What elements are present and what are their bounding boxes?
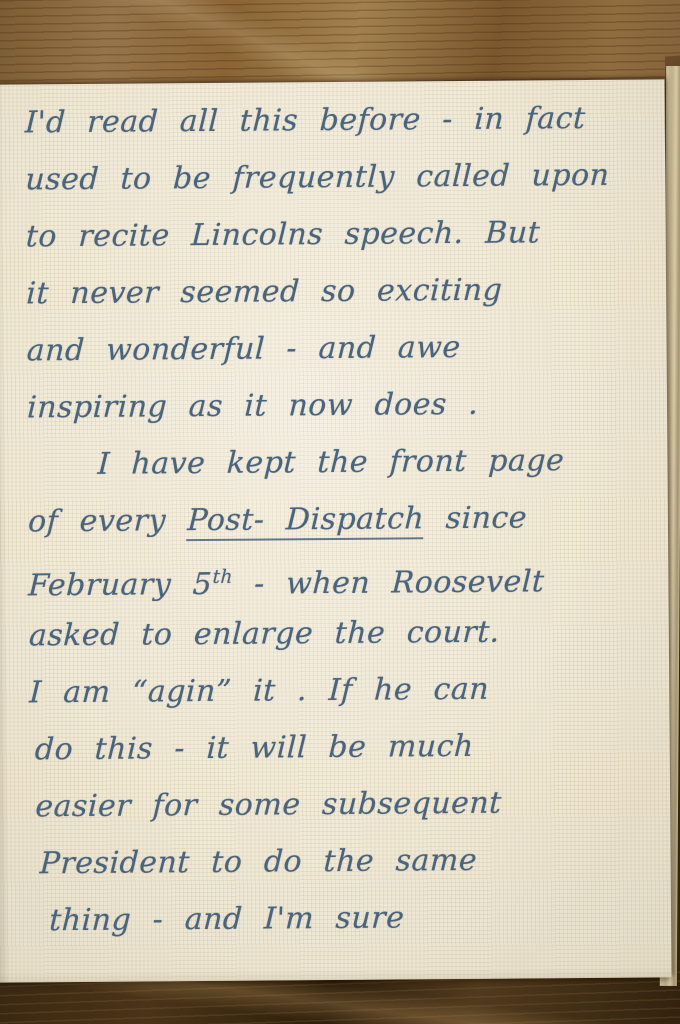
photo-of-diary-page: I'd read all this before - in fact used … xyxy=(0,0,680,1024)
handwriting-line-8: of every Post- Dispatch since xyxy=(27,492,664,554)
line-8-text-after: since xyxy=(424,500,528,536)
handwriting-line-13: easier for some subsequent xyxy=(29,777,666,839)
line-9-text-after: - when Roosevelt xyxy=(232,564,545,601)
handwriting-line-10: asked to enlarge the court. xyxy=(28,606,665,668)
handwriting-line-9: February 5th - when Roosevelt xyxy=(27,549,664,611)
handwriting-line-14: President to do the same xyxy=(29,834,666,896)
handwriting-line-7: I have kept the front page xyxy=(26,435,663,497)
notebook-page: I'd read all this before - in fact used … xyxy=(0,79,672,982)
handwritten-text-block: I'd read all this before - in fact used … xyxy=(0,79,672,982)
handwriting-line-12: do this - it will be much xyxy=(28,720,665,782)
line-9-text-before: February 5 xyxy=(27,567,213,603)
handwriting-line-6: inspiring as it now does . xyxy=(26,378,663,440)
handwriting-line-5: and wonderful - and awe xyxy=(25,321,662,383)
handwriting-line-2: used to be frequently called upon xyxy=(24,150,661,212)
ordinal-suffix: th xyxy=(212,567,233,588)
handwriting-line-15: thing - and I'm sure xyxy=(30,891,667,953)
line-8-text-before: of every xyxy=(27,503,188,539)
handwriting-line-3: to recite Lincolns speech. But xyxy=(24,207,661,269)
handwriting-line-1: I'd read all this before - in fact xyxy=(24,93,661,155)
underlined-newspaper-name: Post- Dispatch xyxy=(187,501,426,541)
handwriting-line-11: I am “agin” it . If he can xyxy=(28,663,665,725)
handwriting-line-4: it never seemed so exciting xyxy=(25,264,662,326)
